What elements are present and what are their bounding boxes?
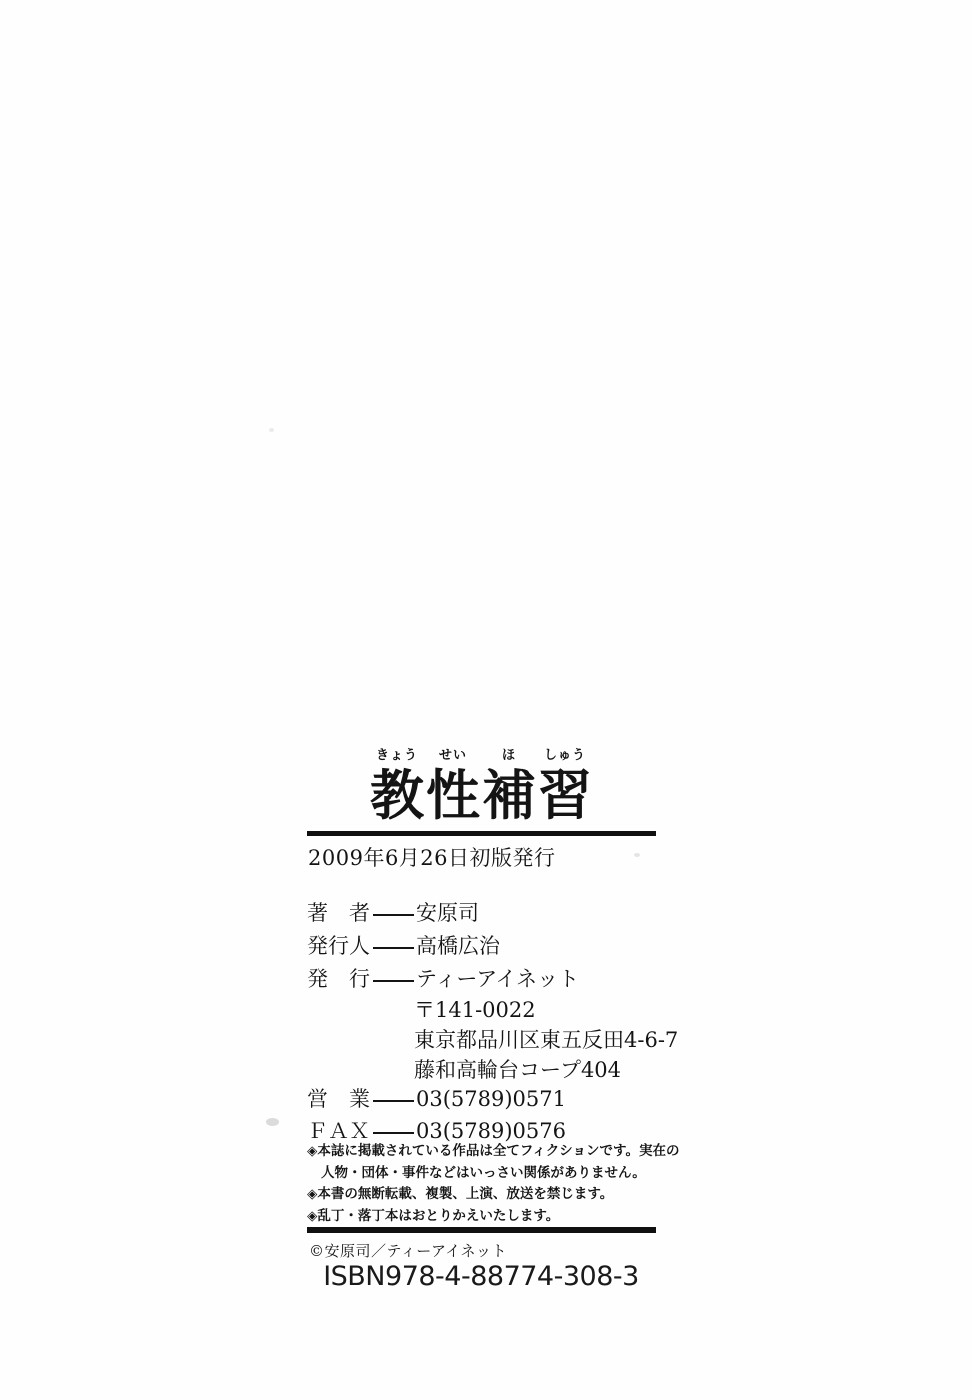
dash-connector: [373, 1132, 414, 1134]
credit-label: 著 者: [307, 897, 373, 927]
colophon-page: きょう 教 せい 性 ほ 補 しゅう 習 2009年6月26日初版発行 著 者安…: [0, 0, 972, 1400]
isbn-number: ISBN978-4-88774-308-3: [286, 1261, 676, 1292]
title-kanji: 性: [425, 765, 481, 825]
credit-label: 発行人: [307, 930, 373, 960]
credit-value: 安原司: [416, 901, 479, 925]
title-kanji: 補: [481, 765, 537, 825]
notice-line: ◈乱丁・落丁本はおとりかえいたします。: [307, 1206, 679, 1228]
notices-block: ◈本誌に掲載されている作品は全てフィクションです。実在の 人物・団体・事件などは…: [307, 1141, 679, 1227]
credits-list: 著 者安原司 発行人高橋広治 発 行ティーアイネット: [307, 897, 579, 996]
dash-connector: [373, 980, 414, 982]
title-char: ほ 補: [481, 748, 537, 825]
postal-code: 〒141-0022: [414, 995, 678, 1025]
contacts-list: 営 業03(5789)0571 ＦＡＸ03(5789)0576: [307, 1083, 566, 1147]
publisher-address: 〒141-0022 東京都品川区東五反田4-6-7 藤和高輪台コープ404: [414, 995, 678, 1085]
credit-value: 高橋広治: [416, 934, 500, 958]
credit-label: 発 行: [307, 963, 373, 993]
title-char: せい 性: [425, 748, 481, 825]
scan-artifact: [634, 853, 640, 857]
title-char: きょう 教: [369, 748, 425, 825]
notice-line: ◈本書の無断転載、複製、上演、放送を禁じます。: [307, 1184, 679, 1206]
notice-line: ◈本誌に掲載されている作品は全てフィクションです。実在の: [307, 1141, 679, 1163]
copyright-line: ©安原司／ティーアイネット: [309, 1240, 507, 1261]
address-line: 藤和高輪台コープ404: [414, 1055, 678, 1085]
contact-label: 営 業: [307, 1083, 373, 1113]
divider-rule-bottom: [307, 1227, 656, 1233]
book-title: きょう 教 せい 性 ほ 補 しゅう 習: [369, 748, 593, 825]
dash-connector: [373, 914, 414, 916]
credit-row: 発行人高橋広治: [307, 930, 579, 963]
contact-row: 営 業03(5789)0571: [307, 1083, 566, 1115]
scan-artifact: [266, 1118, 279, 1126]
contact-value: 03(5789)0571: [416, 1087, 566, 1111]
title-char: しゅう 習: [537, 748, 593, 825]
notice-line: 人物・団体・事件などはいっさい関係がありません。: [307, 1163, 679, 1185]
edition-line: 2009年6月26日初版発行: [308, 842, 556, 872]
dash-connector: [373, 1100, 414, 1102]
dash-connector: [373, 947, 414, 949]
credit-row: 著 者安原司: [307, 897, 579, 930]
credit-value: ティーアイネット: [416, 967, 579, 991]
credit-row: 発 行ティーアイネット: [307, 963, 579, 996]
title-kanji: 習: [537, 765, 593, 825]
contact-value: 03(5789)0576: [416, 1119, 566, 1143]
title-kanji: 教: [369, 765, 425, 825]
scan-artifact: [269, 428, 274, 432]
divider-rule-top: [307, 831, 656, 836]
address-line: 東京都品川区東五反田4-6-7: [414, 1025, 678, 1055]
